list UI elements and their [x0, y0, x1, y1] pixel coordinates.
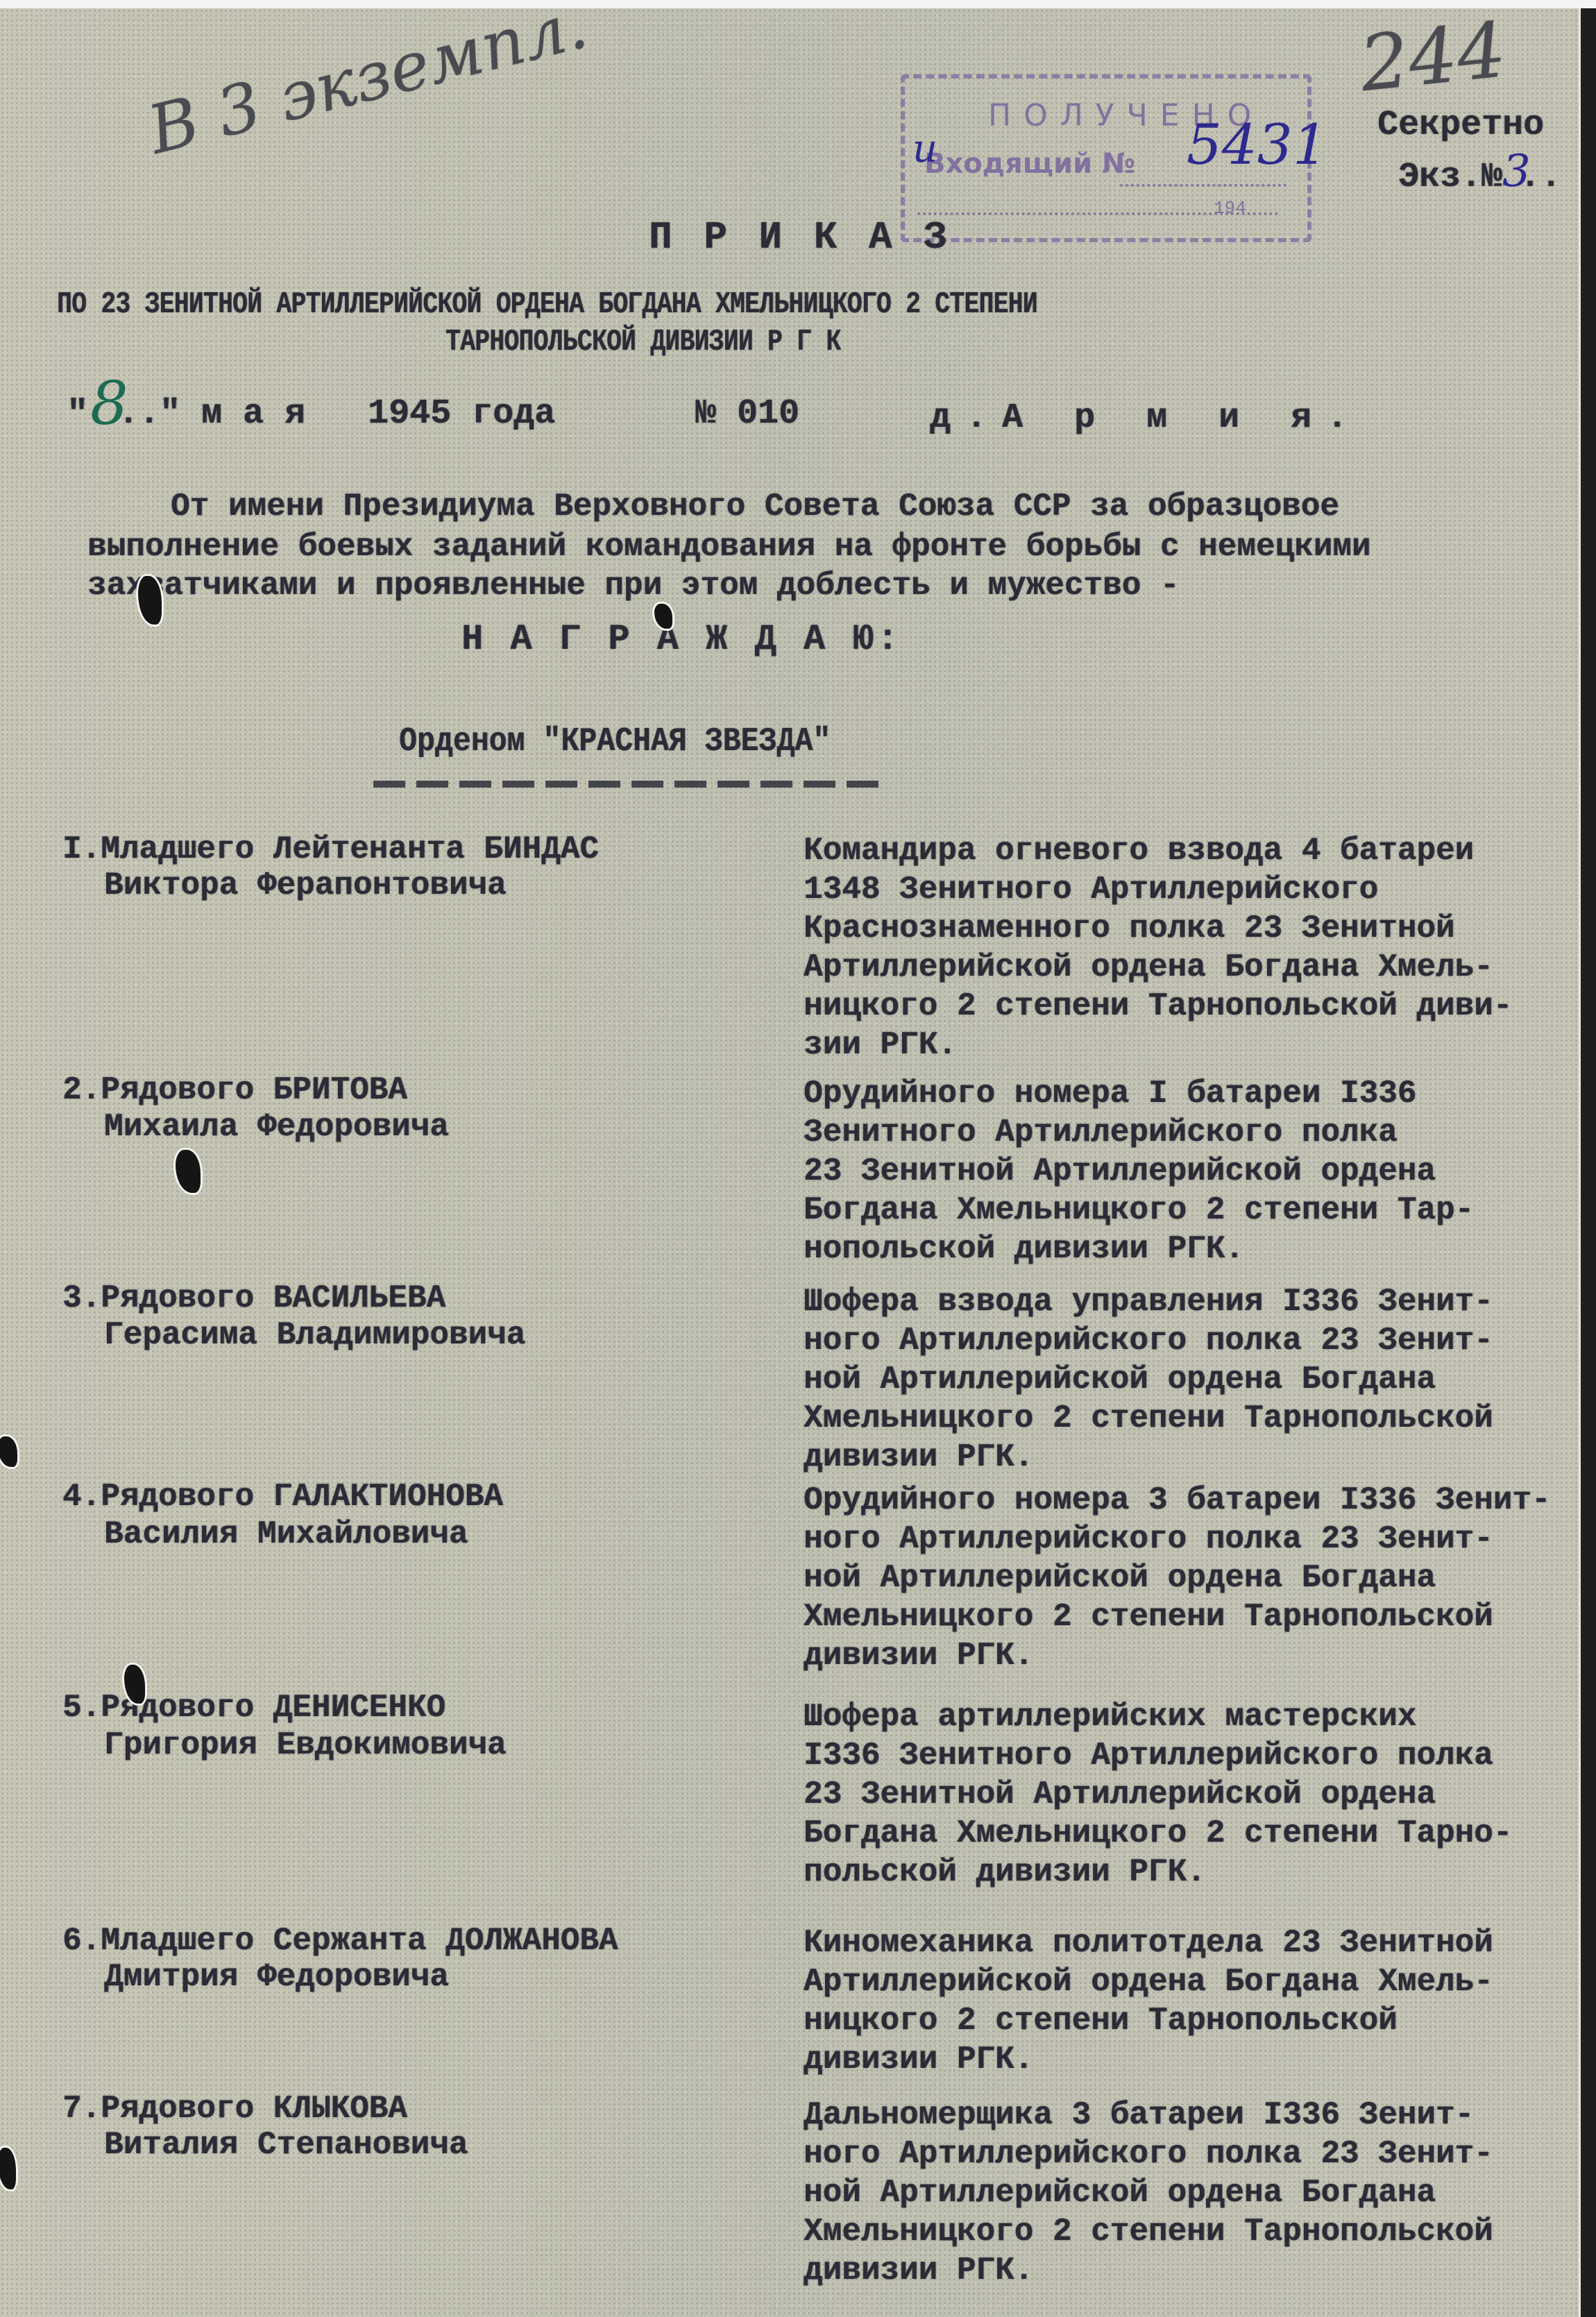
- awardee-7-position: Дальномерщика 3 батареи I336 Зенит- ного…: [804, 2096, 1574, 2290]
- order-location: д.А р м и я.: [930, 398, 1363, 438]
- awardee-6-name: Дмитрия Федоровича: [104, 1958, 449, 1996]
- award-heading-underline: [373, 781, 880, 788]
- preamble-line-2: выполнение боевых заданий командования н…: [87, 529, 1371, 565]
- copy-number-label: Экз.№: [1398, 158, 1502, 197]
- copy-number-dots: ..: [1520, 158, 1561, 197]
- awardee-5-position: Шофера артиллерийских мастерских I336 Зе…: [804, 1697, 1574, 1892]
- awardee-1-rank-surname: I.Младшего Лейтенанта БИНДАС: [62, 831, 599, 868]
- awardee-5-rank-surname: 5.Рядового ДЕНИСЕНКО: [62, 1689, 445, 1726]
- awardee-2-name: Михаила Федоровича: [104, 1108, 449, 1146]
- document-title: П Р И К А З: [649, 215, 951, 260]
- awardee-4-name: Василия Михайловича: [104, 1516, 468, 1553]
- awardee-3-rank-surname: 3.Рядового ВАСИЛЬЕВА: [62, 1280, 445, 1317]
- stamp-year-label: 194: [1214, 198, 1246, 219]
- paper-damage-hole: [0, 1434, 19, 1469]
- preamble-line-1: От имени Президиума Верховного Совета Со…: [171, 489, 1339, 525]
- document-subtitle-line2: ТАРНОПОЛЬСКОЙ ДИВИЗИИ Р Г К: [445, 325, 840, 359]
- awardee-3-position: Шофера взвода управления I336 Зенит- ног…: [804, 1282, 1574, 1477]
- awardee-6-position: Киномеханика политотдела 23 Зенитной Арт…: [804, 1924, 1574, 2079]
- awardee-2-position: Орудийного номера I батареи I336 Зенитно…: [804, 1074, 1574, 1268]
- preamble-line-3: захватчиками и проявленные при этом добл…: [87, 568, 1179, 604]
- award-heading: Орденом "КРАСНАЯ ЗВЕЗДА": [399, 723, 831, 761]
- awardee-7-rank-surname: 7.Рядового КЛЫКОВА: [62, 2090, 407, 2128]
- date-quote-open: ": [67, 394, 88, 435]
- handwritten-incoming-prefix: и: [912, 126, 937, 171]
- handwritten-page-number: 244: [1356, 5, 1510, 108]
- stamp-number-line: [1120, 184, 1287, 187]
- handwritten-incoming-number: 5431: [1187, 112, 1328, 177]
- order-number: № 010: [695, 394, 799, 434]
- awardee-6-rank-surname: 6.Младшего Сержанта ДОЛЖАНОВА: [62, 1922, 618, 1960]
- document-page: В 3 экземпл. 244 ПОЛУЧЕНО Входящий № 194…: [0, 8, 1581, 2317]
- classification-label: Секретно: [1377, 105, 1544, 145]
- paper-damage-hole: [0, 2146, 18, 2191]
- handwritten-copies-note: В 3 экземпл.: [141, 0, 595, 169]
- stamp-incoming-label: Входящий №: [924, 148, 1135, 180]
- awardee-4-rank-surname: 4.Рядового ГАЛАКТИОНОВА: [62, 1478, 503, 1516]
- order-date: .." м а я 1945 года: [118, 394, 555, 434]
- awardee-4-position: Орудийного номера 3 батареи I336 Зенит- …: [804, 1481, 1574, 1675]
- document-subtitle-line1: ПО 23 ЗЕНИТНОЙ АРТИЛЛЕРИЙСКОЙ ОРДЕНА БОГ…: [57, 287, 1037, 322]
- award-verb: Н А Г Р А Ж Д А Ю:: [461, 619, 901, 660]
- awardee-7-name: Виталия Степановича: [104, 2126, 468, 2164]
- awardee-5-name: Григория Евдокимовича: [104, 1726, 507, 1764]
- awardee-1-name: Виктора Ферапонтовича: [104, 867, 507, 904]
- awardee-1-position: Командира огневого взвода 4 батареи 1348…: [804, 831, 1574, 1064]
- awardee-2-rank-surname: 2.Рядового БРИТОВА: [62, 1071, 407, 1109]
- paper-damage-hole: [173, 1148, 203, 1195]
- awardee-3-name: Герасима Владимировича: [104, 1316, 525, 1354]
- scan-top-margin: [0, 0, 1596, 8]
